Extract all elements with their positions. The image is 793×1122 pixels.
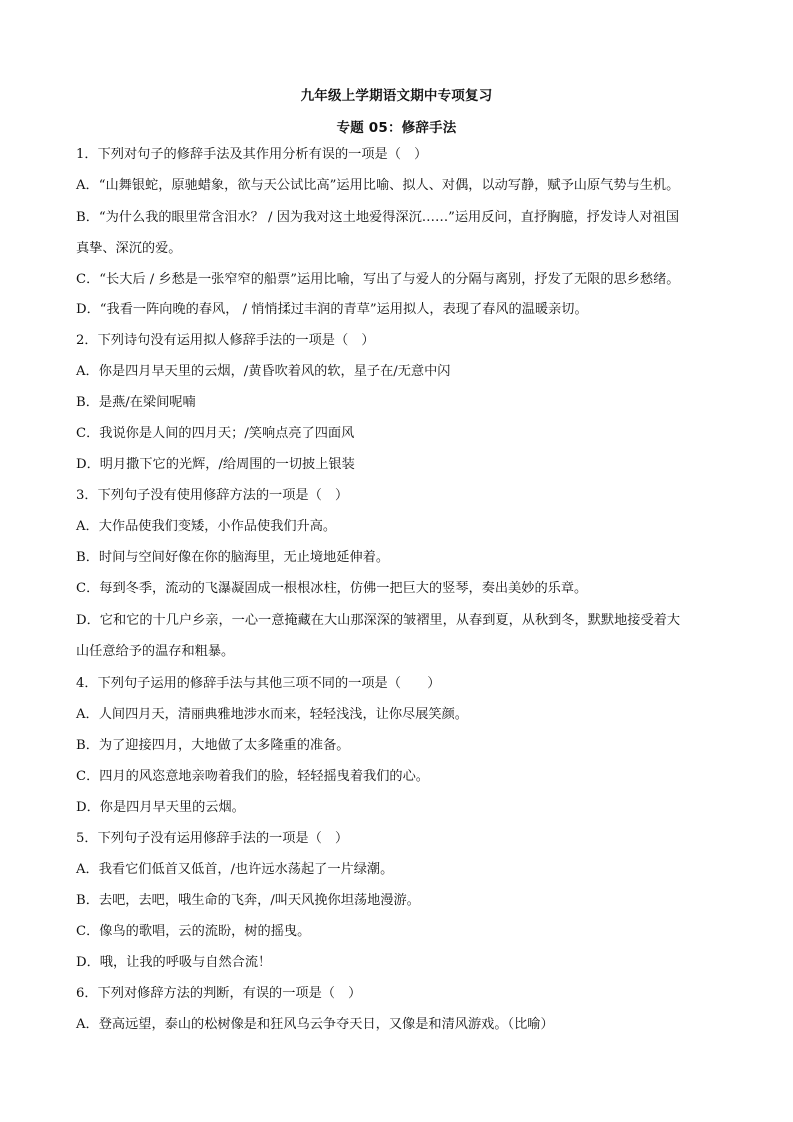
question-2-option-b: B．是燕/在梁间呢喃 — [76, 395, 196, 411]
question-5-option-d: D．哦，让我的呼吸与自然合流！ — [76, 955, 271, 971]
question-3-option-a: A．大作品使我们变矮，小作品使我们升高。 — [76, 519, 336, 535]
question-3-option-c: C．每到冬季，流动的飞瀑凝固成一根根冰柱，仿佛一把巨大的竖琴，奏出美妙的乐章。 — [76, 581, 587, 597]
question-5-option-b: B．去吧，去吧，哦生命的飞奔，/叫天风挽你坦荡地漫游。 — [76, 893, 420, 909]
question-4-option-d: D．你是四月早天里的云烟。 — [76, 800, 245, 816]
document-subtitle: 专题 05：修辞手法 — [0, 116, 793, 136]
question-1-option-a: A．“山舞银蛇，原驰蜡象，欲与天公试比高”运用比喻、拟人、对偶，以动写静，赋予山… — [76, 178, 679, 194]
question-2-option-a: A．你是四月早天里的云烟，/黄昏吹着风的软，星子在/无意中闪 — [76, 364, 450, 380]
document-title: 九年级上学期语文期中专项复习 — [0, 84, 793, 104]
question-3-option-d: D．它和它的十几户乡亲，一心一意掩藏在大山那深深的皱褶里，从春到夏，从秋到冬，默… — [76, 613, 680, 629]
question-1-stem: 1．下列对句子的修辞手法及其作用分析有误的一项是（ ） — [76, 147, 427, 163]
question-4-option-c: C．四月的风恣意地亲吻着我们的脸，轻轻摇曳着我们的心。 — [76, 769, 429, 785]
question-4-stem: 4．下列句子运用的修辞手法与其他三项不同的一项是（ ） — [76, 676, 440, 692]
question-2-option-c: C．我说你是人间的四月天；/笑响点亮了四面风 — [76, 426, 354, 442]
document-page: 九年级上学期语文期中专项复习 专题 05：修辞手法 1．下列对句子的修辞手法及其… — [0, 0, 793, 1122]
question-3-option-d-cont: 山任意给予的温存和粗暴。 — [76, 644, 234, 660]
question-5-option-c: C．像鸟的歌唱，云的流盼，树的摇曳。 — [76, 924, 310, 940]
question-3-option-b: B．时间与空间好像在你的脑海里，无止境地延伸着。 — [76, 550, 389, 566]
question-5-option-a: A．我看它们低首又低首，/也许远水荡起了一片绿潮。 — [76, 862, 393, 878]
question-5-stem: 5．下列句子没有运用修辞手法的一项是（ ） — [76, 831, 348, 847]
question-4-option-b: B．为了迎接四月，大地做了太多隆重的准备。 — [76, 738, 349, 754]
question-3-stem: 3．下列句子没有使用修辞方法的一项是（ ） — [76, 488, 348, 504]
question-2-option-d: D．明月撒下它的光辉，/给周围的一切披上银装 — [76, 457, 355, 473]
question-2-stem: 2．下列诗句没有运用拟人修辞手法的一项是（ ） — [76, 333, 375, 349]
question-1-option-c: C．“长大后 / 乡愁是一张窄窄的船票”运用比喻，写出了与爱人的分隔与离别，抒发… — [76, 272, 679, 288]
question-1-option-d: D．“我看一阵向晚的春风， / 悄悄揉过丰润的青草”运用拟人，表现了春风的温暖亲… — [76, 302, 588, 318]
question-6-option-a: A．登高远望，泰山的松树像是和狂风乌云争夺天日，又像是和清风游戏。（比喻） — [76, 1017, 554, 1033]
question-4-option-a: A．人间四月天，清丽典雅地涉水而来，轻轻浅浅，让你尽展笑颜。 — [76, 707, 468, 723]
question-1-option-b-cont: 真挚、深沉的爱。 — [76, 241, 182, 257]
question-6-stem: 6．下列对修辞方法的判断，有误的一项是（ ） — [76, 986, 361, 1002]
question-1-option-b: B．“为什么我的眼里常含泪水？ / 因为我对这土地爱得深沉……”运用反问，直抒胸… — [76, 210, 679, 226]
